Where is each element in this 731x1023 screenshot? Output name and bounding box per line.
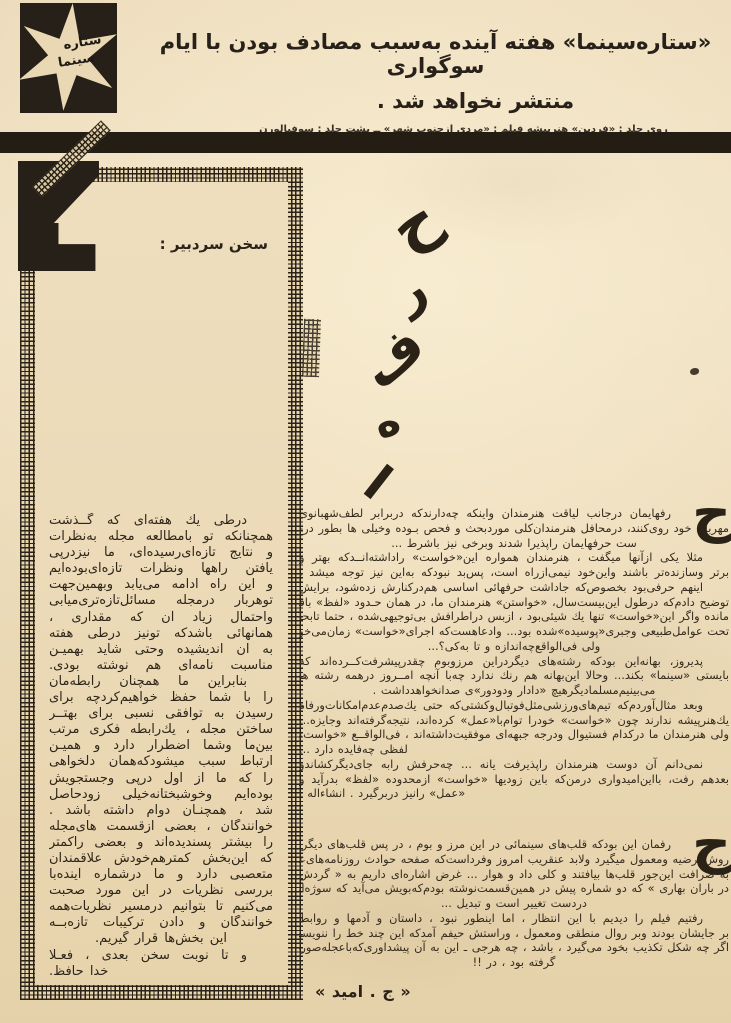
editor-text-line: رسیدن به توافقی نسبی برای بهتــر (49, 706, 273, 722)
article-text-line: رفمان این بودکه قلب‌های سینمائی در این م… (299, 837, 729, 852)
editor-text-line: درطی یك هفته‌ای که گــذشت (49, 513, 273, 529)
article-text-line: روش‌مرضیه ومعمول میگیرد ولابد عنقریب امر… (299, 852, 729, 867)
article-text-line: مانده واگر این«خواست» تنها یك شیئی‌بود ،… (299, 609, 729, 624)
article-text-line: ست حرفهایمان راپذیرا شدند وبرخی نیز باشر… (299, 536, 729, 551)
article-text-line: اگر چه شکل تکذیب بخود می‌گیرد ، باشد ، چ… (299, 940, 729, 955)
article-text-line: ولی هنرمندان ما درکدام فستیوال ودرجه جبه… (299, 727, 729, 742)
article-text-line: برتر وسازنده‌تر باشند واین‌خود نیمی‌ازرا… (299, 565, 729, 580)
editor-text-line: خوانندگان ، بعضی ازقسمت های‌مجله (49, 819, 273, 835)
article-text-line: وبعد مثال‌آوردم‌که تیم‌های‌ورزشی‌مثل‌فوت… (299, 698, 729, 713)
magazine-page: ستاره سینما «ستاره‌سینما» هفته آینده به‌… (0, 0, 731, 1023)
editor-text-line: و تا نوبت سخن بعدی ، فعـلا (49, 948, 273, 964)
article-text-line: مثلا یکی ازآنها میگفت ، هنرمندان همواره … (299, 550, 729, 565)
editor-text-line: بنابراین ما همچنان رابطه‌مان (49, 674, 273, 690)
divider-rule (0, 132, 731, 153)
vertical-title-letter: ح (374, 179, 454, 268)
editor-text-line: را که ما از اول درپی وجستجویش (49, 771, 273, 787)
article-text-line: مهربان خود روی‌کنند، درمحافل هنرمندان‌کل… (299, 521, 729, 536)
article-text-line: بایستی «سینما» بکند... وحالا این‌بهانه ه… (299, 668, 729, 683)
editor-text-line: واحتمال زیاد آن که مقداری ، (49, 610, 273, 626)
article-text-line: لفظی چه‌فایده دارد ... (299, 742, 729, 757)
editor-text-line: خوانندگان و دادن ترکیبات تازه‌بــه (49, 915, 273, 931)
article-text-line: اینهم حرفی‌بود بخصوص‌که جاداشت حرفهائی ا… (299, 580, 729, 595)
editor-column: درطی یك هفته‌ای که گــذشتهمچنانکه تو بام… (49, 513, 273, 980)
article-text-line: می‌بینیم‌مسلمادیگرهیچ «دادار ودودور»ی صد… (299, 683, 729, 698)
article-text-line: ولی فی‌الواقع‌چه‌اندازه و تا به‌کی؟... (299, 639, 729, 654)
headline-line-2: منتشر نخواهد شد . (180, 89, 731, 113)
editor-text-line: به آن اندیشیده وحتی شاید بهمیـن (49, 642, 273, 658)
author-signature: « ج . امید » (299, 982, 729, 1001)
dropcap-2: ح (692, 817, 731, 871)
vertical-title: حرفها (325, 184, 435, 516)
editor-text-line: یافتن راهها ونظرات تازه‌ای‌بوده‌ایم (49, 561, 273, 577)
masthead: «ستاره‌سینما» هفته آینده به‌سبب مصادف بو… (140, 30, 731, 135)
corner-ornament-icon (18, 161, 106, 271)
editor-text-line: بین‌ما وشما اضطرار دارد و همیـن (49, 738, 273, 754)
vertical-title-letter: ف (344, 308, 440, 405)
magazine-logo: ستاره سینما (20, 3, 117, 113)
editor-text-line: متعصبی دارد و ما درشماره آینده‌با (49, 867, 273, 883)
title-stamp-icon (302, 319, 321, 378)
article-text-line: گرفته بود ، در !! (299, 955, 729, 970)
corner-ornament-lower (18, 223, 106, 271)
article-text-line: دردست تغییر است و تبدیل ... (299, 896, 729, 911)
editor-text-line: که این‌بخش کمترهم‌خودش علاقمندان (49, 851, 273, 867)
editor-label: سخن سردبیر : (148, 235, 268, 253)
dropcap-1: ح (692, 486, 731, 540)
editor-text-line: خدا حافظ. (49, 964, 273, 980)
editor-text-line: همانهائی باشدکه تونیز درطی هفته (49, 626, 273, 642)
editor-text-line: این بخش‌ها قرار گیریم. (49, 931, 273, 947)
editor-text-line: می‌کنیم تا بتوانیم درمسیر نظریات‌همه (49, 899, 273, 915)
editor-text-line: همچنانکه تو بامطالعه مجله به‌نظرات (49, 529, 273, 545)
ink-speck (690, 368, 699, 375)
article-text-line: «عمل» رانیز دربرگیرد . انشاءاله . (299, 786, 729, 801)
article-text-line: رفهایمان درجانب لیاقت هنرمندان واینکه چه… (299, 506, 729, 521)
editor-text-line: توهربار درمجله مسائل‌تازه‌تری‌میابی (49, 593, 273, 609)
article-column: ح رفهایمان درجانب لیاقت هنرمندان واینکه … (299, 506, 729, 1001)
editor-text-line: و این راه ادامه می‌یابد وبهمین‌جهت (49, 577, 273, 593)
article-text-line: یك‌هنرپیشه ندارند چون «خواست» خودرا توام… (299, 713, 729, 728)
editor-text-line: و نتایج تازه‌ای‌رسیده‌ای، ما نیزدرپی (49, 545, 273, 561)
editor-text-line: بوده‌ایم وخوشبختانه‌خیلی زودحاصل (49, 787, 273, 803)
editor-text-line: بررسی نظریات در این مورد صحبت (49, 883, 273, 899)
headline-line-1: «ستاره‌سینما» هفته آینده به‌سبب مصادف بو… (140, 30, 731, 78)
paragraph-gap (299, 801, 729, 837)
article-text-line: تحت عوامل‌طبیعی وجبری«پوسیده»شده بود... … (299, 624, 729, 639)
article-text-line: توضیح دادم‌که درطول این‌بیست‌سال، «خواست… (299, 595, 729, 610)
star-logo-icon: ستاره سینما (20, 3, 117, 113)
article-paragraph-2: ح رفمان این بودکه قلب‌های سینمائی در این… (299, 837, 729, 970)
vertical-title-letter: ا (351, 452, 405, 515)
editor-text-line: مناسبت نامه‌ای هم نوشته بودی. (49, 658, 273, 674)
editor-text-line: ساختن مجله ، یك‌رابطه فکری مرتب (49, 722, 273, 738)
article-text-line: نمی‌دانم آن دوست هنرمندان راپذیرفت یانه … (299, 757, 729, 772)
vertical-title-letter: ه (364, 391, 408, 452)
editor-text-line: را بیشتر پسندیده‌اند و بعضی راکمتر (49, 835, 273, 851)
article-paragraph-1: ح رفهایمان درجانب لیاقت هنرمندان واینکه … (299, 506, 729, 801)
editor-text-line: شد ، همچنـان دوام داشته باشد . (49, 803, 273, 819)
article-text-line: پدیروز، بهانه‌این بودکه رشته‌های دیگردرا… (299, 654, 729, 669)
editor-text-line: را با شما حفظ خواهیم‌کردچه برای (49, 690, 273, 706)
article-text-line: رفتیم فیلم را دیدیم با این انتظار ، اما … (299, 911, 729, 926)
article-text-line: بر جایشان بودند وبر روال منطقی ومعمول ، … (299, 926, 729, 941)
editor-text-line: ارتباط سبب میشودکه‌همان دلخواهی (49, 754, 273, 770)
article-text-line: در باران بهاری » که دو شماره پیش در همین… (299, 881, 729, 896)
article-text-line: بعدهم رفت، بااین‌امیدواری درمن‌که باین ز… (299, 772, 729, 787)
article-text-line: به صرافت این‌جور قلب‌ها بیافتند و کلی دا… (299, 867, 729, 882)
